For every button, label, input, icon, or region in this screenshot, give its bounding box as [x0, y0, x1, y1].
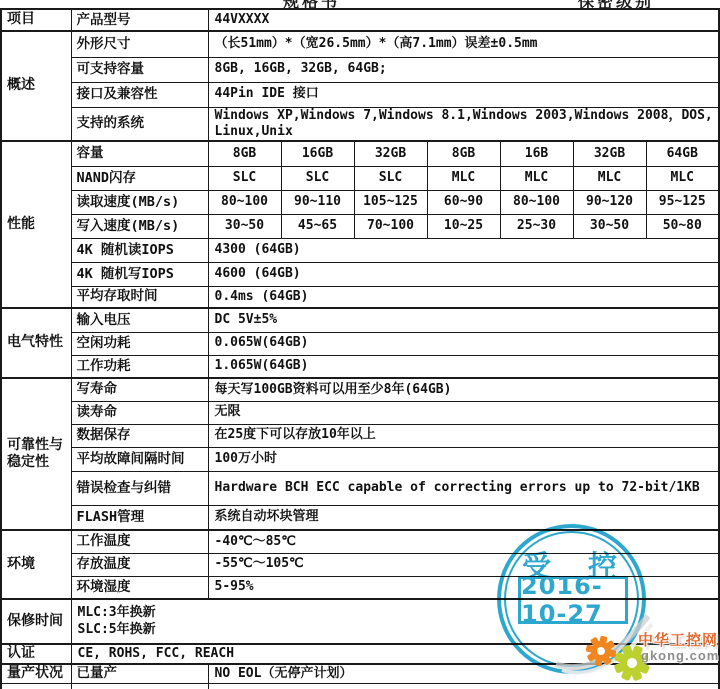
- spec-data-cell: 30~50: [573, 214, 646, 238]
- table-row: NAND闪存SLCSLCSLCMLCMLCMLCMLC: [1, 166, 719, 190]
- spec-data-cell: MLC: [573, 166, 646, 190]
- spec-value-cell: 在25度下可以存放10年以上: [208, 424, 719, 447]
- category-cell: 可靠性与稳定性: [1, 378, 71, 530]
- spec-label-cell: NAND闪存: [71, 166, 208, 190]
- spec-data-cell: MLC: [646, 166, 719, 190]
- spec-value-cell: Hardware BCH ECC capable of correcting e…: [208, 471, 719, 505]
- spec-label-cell: 写入速度(MB/s): [71, 214, 208, 238]
- category-cell: [1, 683, 71, 689]
- spec-label-cell: 环境湿度: [71, 576, 208, 599]
- spec-data-cell: 90~120: [573, 190, 646, 214]
- spec-data-cell: 32GB: [573, 141, 646, 166]
- table-row: 工作功耗1.065W(64GB): [1, 355, 719, 378]
- table-row: 认证CE, ROHS, FCC, REACH: [1, 644, 719, 664]
- spec-label-cell: 输入电压: [71, 308, 208, 332]
- spec-data-cell: 25~30: [500, 214, 573, 238]
- spec-table: 项目产品型号44VXXXX概述外形尺寸（长51mm）*（宽26.5mm）*（高7…: [0, 8, 720, 689]
- spec-value-cell: 44Pin IDE 接口: [208, 82, 719, 107]
- spec-label-cell: 工作功耗: [71, 355, 208, 378]
- spec-value-cell: DC 5V±5%: [208, 308, 719, 332]
- category-cell: 项目: [1, 9, 71, 31]
- category-cell: 电气特性: [1, 308, 71, 378]
- spec-value-cell: NO EOL（无停产计划）: [208, 664, 719, 683]
- spec-data-cell: 32GB: [354, 141, 427, 166]
- spec-value-cell: MLC:3年换新 SLC:5年换新: [71, 599, 719, 644]
- spec-data-cell: 30~50: [208, 214, 281, 238]
- spec-value-cell: -40℃～85℃: [208, 530, 719, 553]
- spec-label-cell: 读寿命: [71, 401, 208, 424]
- spec-data-cell: SLC: [354, 166, 427, 190]
- table-row: 电气特性输入电压DC 5V±5%: [1, 308, 719, 332]
- spec-value-cell: 5-95%: [208, 576, 719, 599]
- spec-value-cell: 系统自动坏块管理: [208, 505, 719, 530]
- table-row: 平均存取时间0.4ms (64GB): [1, 286, 719, 308]
- category-cell: 量产状况: [1, 664, 71, 683]
- spec-value-cell: 1.065W(64GB): [208, 355, 719, 378]
- spec-label-cell: 支持的系统: [71, 107, 208, 141]
- clipped-title-left: 规格书: [283, 0, 340, 8]
- table-row: 支持的系统Windows XP,Windows 7,Windows 8.1,Wi…: [1, 107, 719, 141]
- spec-data-cell: 8GB: [427, 141, 500, 166]
- spec-data-cell: SLC: [208, 166, 281, 190]
- spec-data-cell: 8GB: [208, 141, 281, 166]
- spec-value-cell: 每天写100GB资料可以用至少8年(64GB): [208, 378, 719, 401]
- spec-data-cell: 70~100: [354, 214, 427, 238]
- category-cell: 环境: [1, 530, 71, 599]
- spec-data-cell: 10~25: [427, 214, 500, 238]
- spec-value-cell: 44VXXXX: [208, 9, 719, 31]
- spec-data-cell: SLC: [281, 166, 354, 190]
- table-row: 数据保存在25度下可以存放10年以上: [1, 424, 719, 447]
- spec-label-cell: 数据保存: [71, 424, 208, 447]
- spec-label-cell: 工作温度: [71, 530, 208, 553]
- spec-value-cell: 8GB, 16GB, 32GB, 64GB;: [208, 57, 719, 82]
- category-cell: 认证: [1, 644, 71, 664]
- table-row: 量产状况已量产NO EOL（无停产计划）: [1, 664, 719, 683]
- table-row: 接口及兼容性44Pin IDE 接口: [1, 82, 719, 107]
- spec-value-cell: 0.4ms (64GB): [208, 286, 719, 308]
- spec-label-cell: 平均故障间隔时间: [71, 447, 208, 471]
- table-row: 保修时间MLC:3年换新 SLC:5年换新: [1, 599, 719, 644]
- spec-value-cell: 4300 (64GB): [208, 238, 719, 262]
- table-row: 4K 随机读IOPS4300 (64GB): [1, 238, 719, 262]
- clipped-title-right: 保密级别: [578, 0, 654, 8]
- clipped-title-row: 规格书 保密级别: [0, 0, 720, 8]
- spec-label-cell: 容量: [71, 141, 208, 166]
- table-row: 概述外形尺寸（长51mm）*（宽26.5mm）*（高7.1mm）误差±0.5mm: [1, 31, 719, 57]
- spec-data-cell: 60~90: [427, 190, 500, 214]
- table-row: 读取速度(MB/s)80~10090~110105~12560~9080~100…: [1, 190, 719, 214]
- spec-data-cell: 50~80: [646, 214, 719, 238]
- spec-data-cell: 80~100: [500, 190, 573, 214]
- table-row: 可支持容量8GB, 16GB, 32GB, 64GB;: [1, 57, 719, 82]
- table-row: 平均故障间隔时间100万小时: [1, 447, 719, 471]
- spec-label-cell: 存放温度: [71, 553, 208, 576]
- spec-data-cell: MLC: [427, 166, 500, 190]
- spec-label-cell: 空闲功耗: [71, 332, 208, 355]
- spec-label-cell: 写寿命: [71, 378, 208, 401]
- table-row: 环境工作温度-40℃～85℃: [1, 530, 719, 553]
- spec-label-cell: 4K 随机读IOPS: [71, 238, 208, 262]
- table-row: [1, 683, 719, 689]
- category-cell: 概述: [1, 31, 71, 141]
- spec-value-cell: -55℃～105℃: [208, 553, 719, 576]
- spec-value-cell: （长51mm）*（宽26.5mm）*（高7.1mm）误差±0.5mm: [208, 31, 719, 57]
- spec-data-cell: 80~100: [208, 190, 281, 214]
- spec-data-cell: 64GB: [646, 141, 719, 166]
- spec-value-cell: 0.065W(64GB): [208, 332, 719, 355]
- table-row: 可靠性与稳定性写寿命每天写100GB资料可以用至少8年(64GB): [1, 378, 719, 401]
- table-row: 存放温度-55℃～105℃: [1, 553, 719, 576]
- table-row: 错误检查与纠错Hardware BCH ECC capable of corre…: [1, 471, 719, 505]
- spec-data-cell: 16GB: [281, 141, 354, 166]
- spec-label-cell: 接口及兼容性: [71, 82, 208, 107]
- table-row: 项目产品型号44VXXXX: [1, 9, 719, 31]
- table-row: 读寿命无限: [1, 401, 719, 424]
- table-row: 写入速度(MB/s)30~5045~6570~10010~2525~3030~5…: [1, 214, 719, 238]
- table-row: 环境湿度5-95%: [1, 576, 719, 599]
- category-cell: 性能: [1, 141, 71, 308]
- spec-label-cell: 已量产: [71, 664, 208, 683]
- spec-value-cell: 100万小时: [208, 447, 719, 471]
- spec-value-cell: 无限: [208, 401, 719, 424]
- spec-label-cell: 平均存取时间: [71, 286, 208, 308]
- spec-data-cell: 95~125: [646, 190, 719, 214]
- spec-value-cell: [208, 683, 719, 689]
- spec-data-cell: 105~125: [354, 190, 427, 214]
- spec-label-cell: 产品型号: [71, 9, 208, 31]
- spec-data-cell: 90~110: [281, 190, 354, 214]
- category-cell: 保修时间: [1, 599, 71, 644]
- spec-label-cell: 读取速度(MB/s): [71, 190, 208, 214]
- spec-data-cell: MLC: [500, 166, 573, 190]
- spec-label-cell: 错误检查与纠错: [71, 471, 208, 505]
- spec-label-cell: 可支持容量: [71, 57, 208, 82]
- spec-label-cell: FLASH管理: [71, 505, 208, 530]
- table-row: FLASH管理系统自动坏块管理: [1, 505, 719, 530]
- spec-data-cell: 16B: [500, 141, 573, 166]
- spec-label-cell: [71, 683, 208, 689]
- spec-value-cell: 4600 (64GB): [208, 262, 719, 286]
- spec-label-cell: 4K 随机写IOPS: [71, 262, 208, 286]
- spec-value-cell: Windows XP,Windows 7,Windows 8.1,Windows…: [208, 107, 719, 141]
- table-row: 空闲功耗0.065W(64GB): [1, 332, 719, 355]
- table-row: 4K 随机写IOPS4600 (64GB): [1, 262, 719, 286]
- spec-data-cell: 45~65: [281, 214, 354, 238]
- spec-value-cell: CE, ROHS, FCC, REACH: [71, 644, 719, 664]
- table-row: 性能容量8GB16GB32GB8GB16B32GB64GB: [1, 141, 719, 166]
- spec-label-cell: 外形尺寸: [71, 31, 208, 57]
